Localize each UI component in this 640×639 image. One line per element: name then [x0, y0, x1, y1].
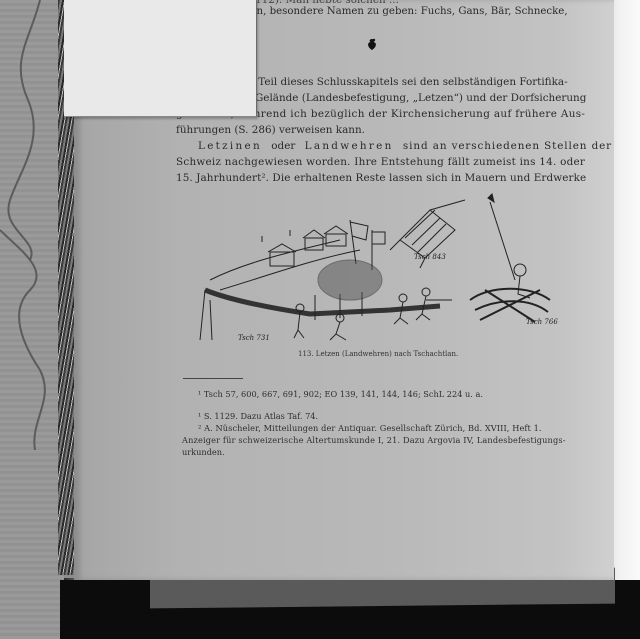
- paragraph-2-line-1: Letzinen oder Landwehren sind an verschi…: [198, 138, 612, 154]
- paragraph-1-line-1: r Teil dieses Schlusskapitels sei den se…: [250, 74, 600, 90]
- figure-label-3: Tsch 766: [526, 318, 558, 326]
- term-letzinen: Letzinen: [198, 140, 262, 152]
- footnote-divider: [183, 378, 243, 379]
- paragraph-1-line-4: führungen (S. 286) verweisen kann.: [176, 122, 365, 138]
- paragraph-2-line-1-rest: sind an verschiedenen Stellen der: [403, 140, 612, 152]
- figure-label-2: Tsch 843: [414, 253, 446, 261]
- top-fragment-line-2: gen, besondere Namen zu geben: Fuchs, Ga…: [244, 4, 568, 20]
- word-oder: oder: [271, 140, 295, 152]
- footnote-1: ¹ Tsch 57, 600, 667, 691, 902; EO 139, 1…: [198, 389, 483, 399]
- figure-illustration: Tsch 731 Tsch 843 Tsch 766: [190, 190, 570, 354]
- paragraph-2-line-3: 15. Jahrhundert². Die erhaltenen Reste l…: [176, 170, 586, 186]
- footnote-3: ² A. Nüscheler, Mitteilungen der Antiqua…: [198, 423, 542, 433]
- fabric-pattern: [0, 0, 64, 639]
- floral-vignette-icon: [365, 38, 377, 50]
- figure-caption: 113. Letzen (Landwehren) nach Tschachtla…: [298, 350, 458, 358]
- term-landwehren: Landwehren: [305, 140, 394, 152]
- figure-label-1: Tsch 731: [238, 334, 270, 342]
- footnote-3-end: urkunden.: [182, 447, 225, 457]
- paragraph-1-line-2: Gelände (Landesbefestigung, „Letzen“) un…: [255, 90, 586, 106]
- paper-slip-overlay: [64, 0, 257, 117]
- paragraph-2-line-2: Schweiz nachgewiesen worden. Ihre Entste…: [176, 154, 585, 170]
- footnote-3-cont: Anzeiger für schweizerische Altertumskun…: [182, 435, 566, 445]
- footnote-2: ¹ S. 1129. Dazu Atlas Taf. 74.: [198, 411, 318, 421]
- background-fabric: [0, 0, 64, 639]
